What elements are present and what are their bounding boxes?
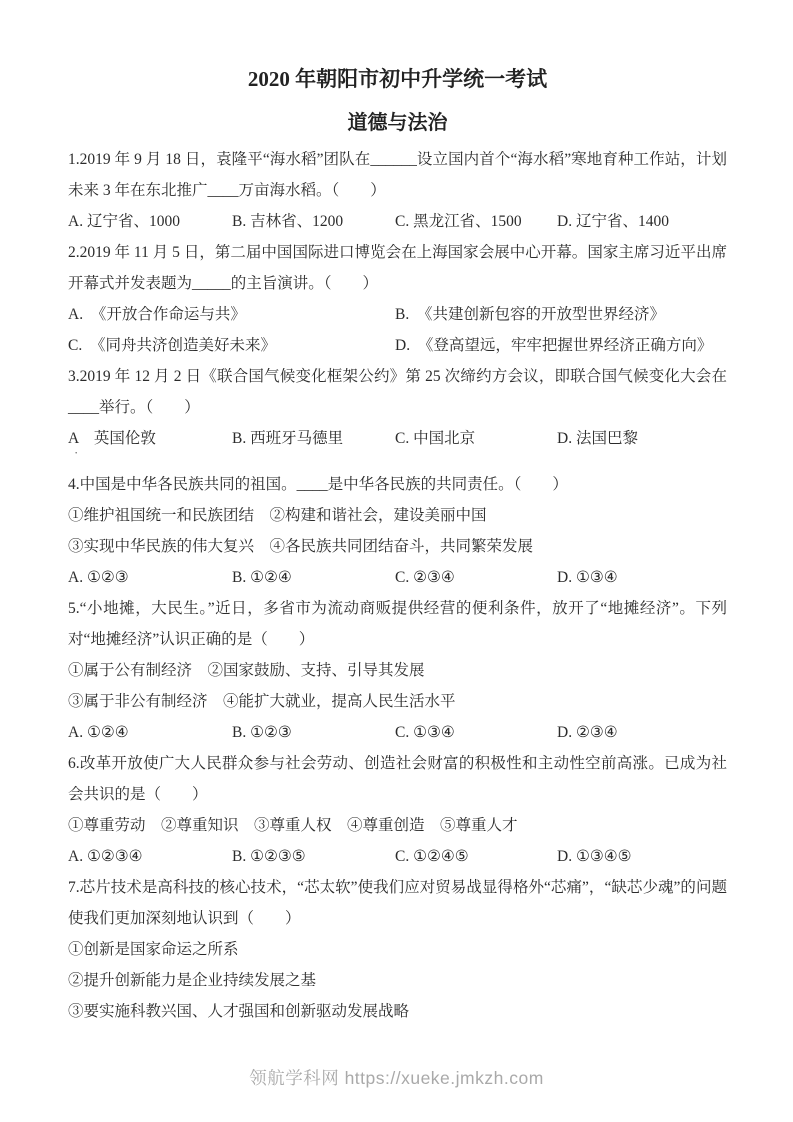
page-title: 2020 年朝阳市初中升学统一考试 [68, 64, 727, 94]
question-7-stem: 7.芯片技术是高科技的核心技术，“芯太软”使我们应对贸易战显得格外“芯痛”，“缺… [68, 872, 727, 934]
question-6-option-c: C. ①②④⑤ [395, 841, 557, 872]
question-1-options-row: A. 辽宁省、1000 B. 吉林省、1200 C. 黑龙江省、1500 D. … [68, 206, 727, 237]
question-list: 1.2019 年 9 月 18 日，袁隆平“海水稻”团队在______设立国内首… [68, 144, 727, 1027]
question-6-items-line-1: ①尊重劳动 ②尊重知识 ③尊重人权 ④尊重创造 ⑤尊重人才 [68, 810, 727, 841]
question-4-option-c: C. ②③④ [395, 562, 557, 593]
question-4-options-row: A. ①②③ B. ①②④ C. ②③④ D. ①③④ [68, 562, 727, 593]
question-2: 2.2019 年 11 月 5 日，第二届中国国际进口博览会在上海国家会展中心开… [68, 237, 727, 361]
question-4-option-b: B. ①②④ [232, 562, 395, 593]
question-1-option-b: B. 吉林省、1200 [232, 206, 395, 237]
page-content: 2020 年朝阳市初中升学统一考试 道德与法治 1.2019 年 9 月 18 … [0, 0, 793, 1027]
question-3-option-a: A 英国伦敦 [68, 423, 232, 454]
exam-subject-title: 道德与法治 [68, 108, 727, 138]
question-1: 1.2019 年 9 月 18 日，袁隆平“海水稻”团队在______设立国内首… [68, 144, 727, 237]
question-5-options-row: A. ①②④ B. ①②③ C. ①③④ D. ②③④ [68, 717, 727, 748]
question-2-options-row-2: C. 《同舟共济创造美好未来》 D. 《登高望远，牢牢把握世界经济正确方向》 [68, 330, 727, 361]
question-2-stem: 2.2019 年 11 月 5 日，第二届中国国际进口博览会在上海国家会展中心开… [68, 237, 727, 299]
question-3-options-row: A 英国伦敦 B. 西班牙马德里 C. 中国北京 D. 法国巴黎 [68, 423, 727, 454]
exam-paper-page: 2020 年朝阳市初中升学统一考试 道德与法治 1.2019 年 9 月 18 … [0, 0, 793, 1122]
question-3: 3.2019 年 12 月 2 日《联合国气候变化框架公约》第 25 次缔约方会… [68, 361, 727, 454]
question-2-option-d: D. 《登高望远，牢牢把握世界经济正确方向》 [395, 330, 727, 361]
question-6-options-row: A. ①②③④ B. ①②③⑤ C. ①②④⑤ D. ①③④⑤ [68, 841, 727, 872]
question-5-option-d: D. ②③④ [557, 717, 727, 748]
question-1-option-a: A. 辽宁省、1000 [68, 206, 232, 237]
question-4-items-line-2: ③实现中华民族的伟大复兴 ④各民族共同团结奋斗，共同繁荣发展 [68, 531, 727, 562]
question-5-option-a: A. ①②④ [68, 717, 232, 748]
question-3-stem: 3.2019 年 12 月 2 日《联合国气候变化框架公约》第 25 次缔约方会… [68, 361, 727, 423]
question-2-option-c: C. 《同舟共济创造美好未来》 [68, 330, 395, 361]
question-4: 4.中国是中华各民族共同的祖国。____是中华各民族的共同责任。（ ） ①维护祖… [68, 469, 727, 593]
question-5-option-c: C. ①③④ [395, 717, 557, 748]
question-6: 6.改革开放使广大人民群众参与社会劳动、创造社会财富的积极性和主动性空前高涨。已… [68, 748, 727, 872]
question-1-stem: 1.2019 年 9 月 18 日，袁隆平“海水稻”团队在______设立国内首… [68, 144, 727, 206]
question-4-option-a: A. ①②③ [68, 562, 232, 593]
question-4-items-line-1: ①维护祖国统一和民族团结 ②构建和谐社会，建设美丽中国 [68, 500, 727, 531]
question-7-items-line-3: ③要实施科教兴国、人才强国和创新驱动发展战略 [68, 996, 727, 1027]
question-5-items-line-2: ③属于非公有制经济 ④能扩大就业，提高人民生活水平 [68, 686, 727, 717]
question-5-items-line-1: ①属于公有制经济 ②国家鼓励、支持、引导其发展 [68, 655, 727, 686]
question-5-stem: 5.“小地摊，大民生。”近日，多省市为流动商贩提供经营的便利条件，放开了“地摊经… [68, 593, 727, 655]
question-6-option-b: B. ①②③⑤ [232, 841, 395, 872]
question-1-option-c: C. 黑龙江省、1500 [395, 206, 557, 237]
question-5: 5.“小地摊，大民生。”近日，多省市为流动商贩提供经营的便利条件，放开了“地摊经… [68, 593, 727, 748]
question-4-stem: 4.中国是中华各民族共同的祖国。____是中华各民族的共同责任。（ ） [68, 469, 727, 500]
question-7-items-line-1: ①创新是国家命运之所系 [68, 934, 727, 965]
question-5-option-b: B. ①②③ [232, 717, 395, 748]
question-7-items-line-2: ②提升创新能力是企业持续发展之基 [68, 965, 727, 996]
question-2-options-row-1: A. 《开放合作命运与共》 B. 《共建创新包容的开放型世界经济》 [68, 299, 727, 330]
watermark-text: 领航学科网 https://xueke.jmkzh.com [0, 1065, 793, 1090]
question-2-option-b: B. 《共建创新包容的开放型世界经济》 [395, 299, 727, 330]
question-3-option-b: B. 西班牙马德里 [232, 423, 395, 454]
question-6-stem: 6.改革开放使广大人民群众参与社会劳动、创造社会财富的积极性和主动性空前高涨。已… [68, 748, 727, 810]
stray-scan-mark: · [74, 446, 78, 459]
question-6-option-d: D. ①③④⑤ [557, 841, 727, 872]
question-4-option-d: D. ①③④ [557, 562, 727, 593]
question-1-option-d: D. 辽宁省、1400 [557, 206, 727, 237]
question-2-option-a: A. 《开放合作命运与共》 [68, 299, 395, 330]
question-6-option-a: A. ①②③④ [68, 841, 232, 872]
question-3-option-d: D. 法国巴黎 [557, 423, 727, 454]
question-7: 7.芯片技术是高科技的核心技术，“芯太软”使我们应对贸易战显得格外“芯痛”，“缺… [68, 872, 727, 1027]
question-3-option-c: C. 中国北京 [395, 423, 557, 454]
